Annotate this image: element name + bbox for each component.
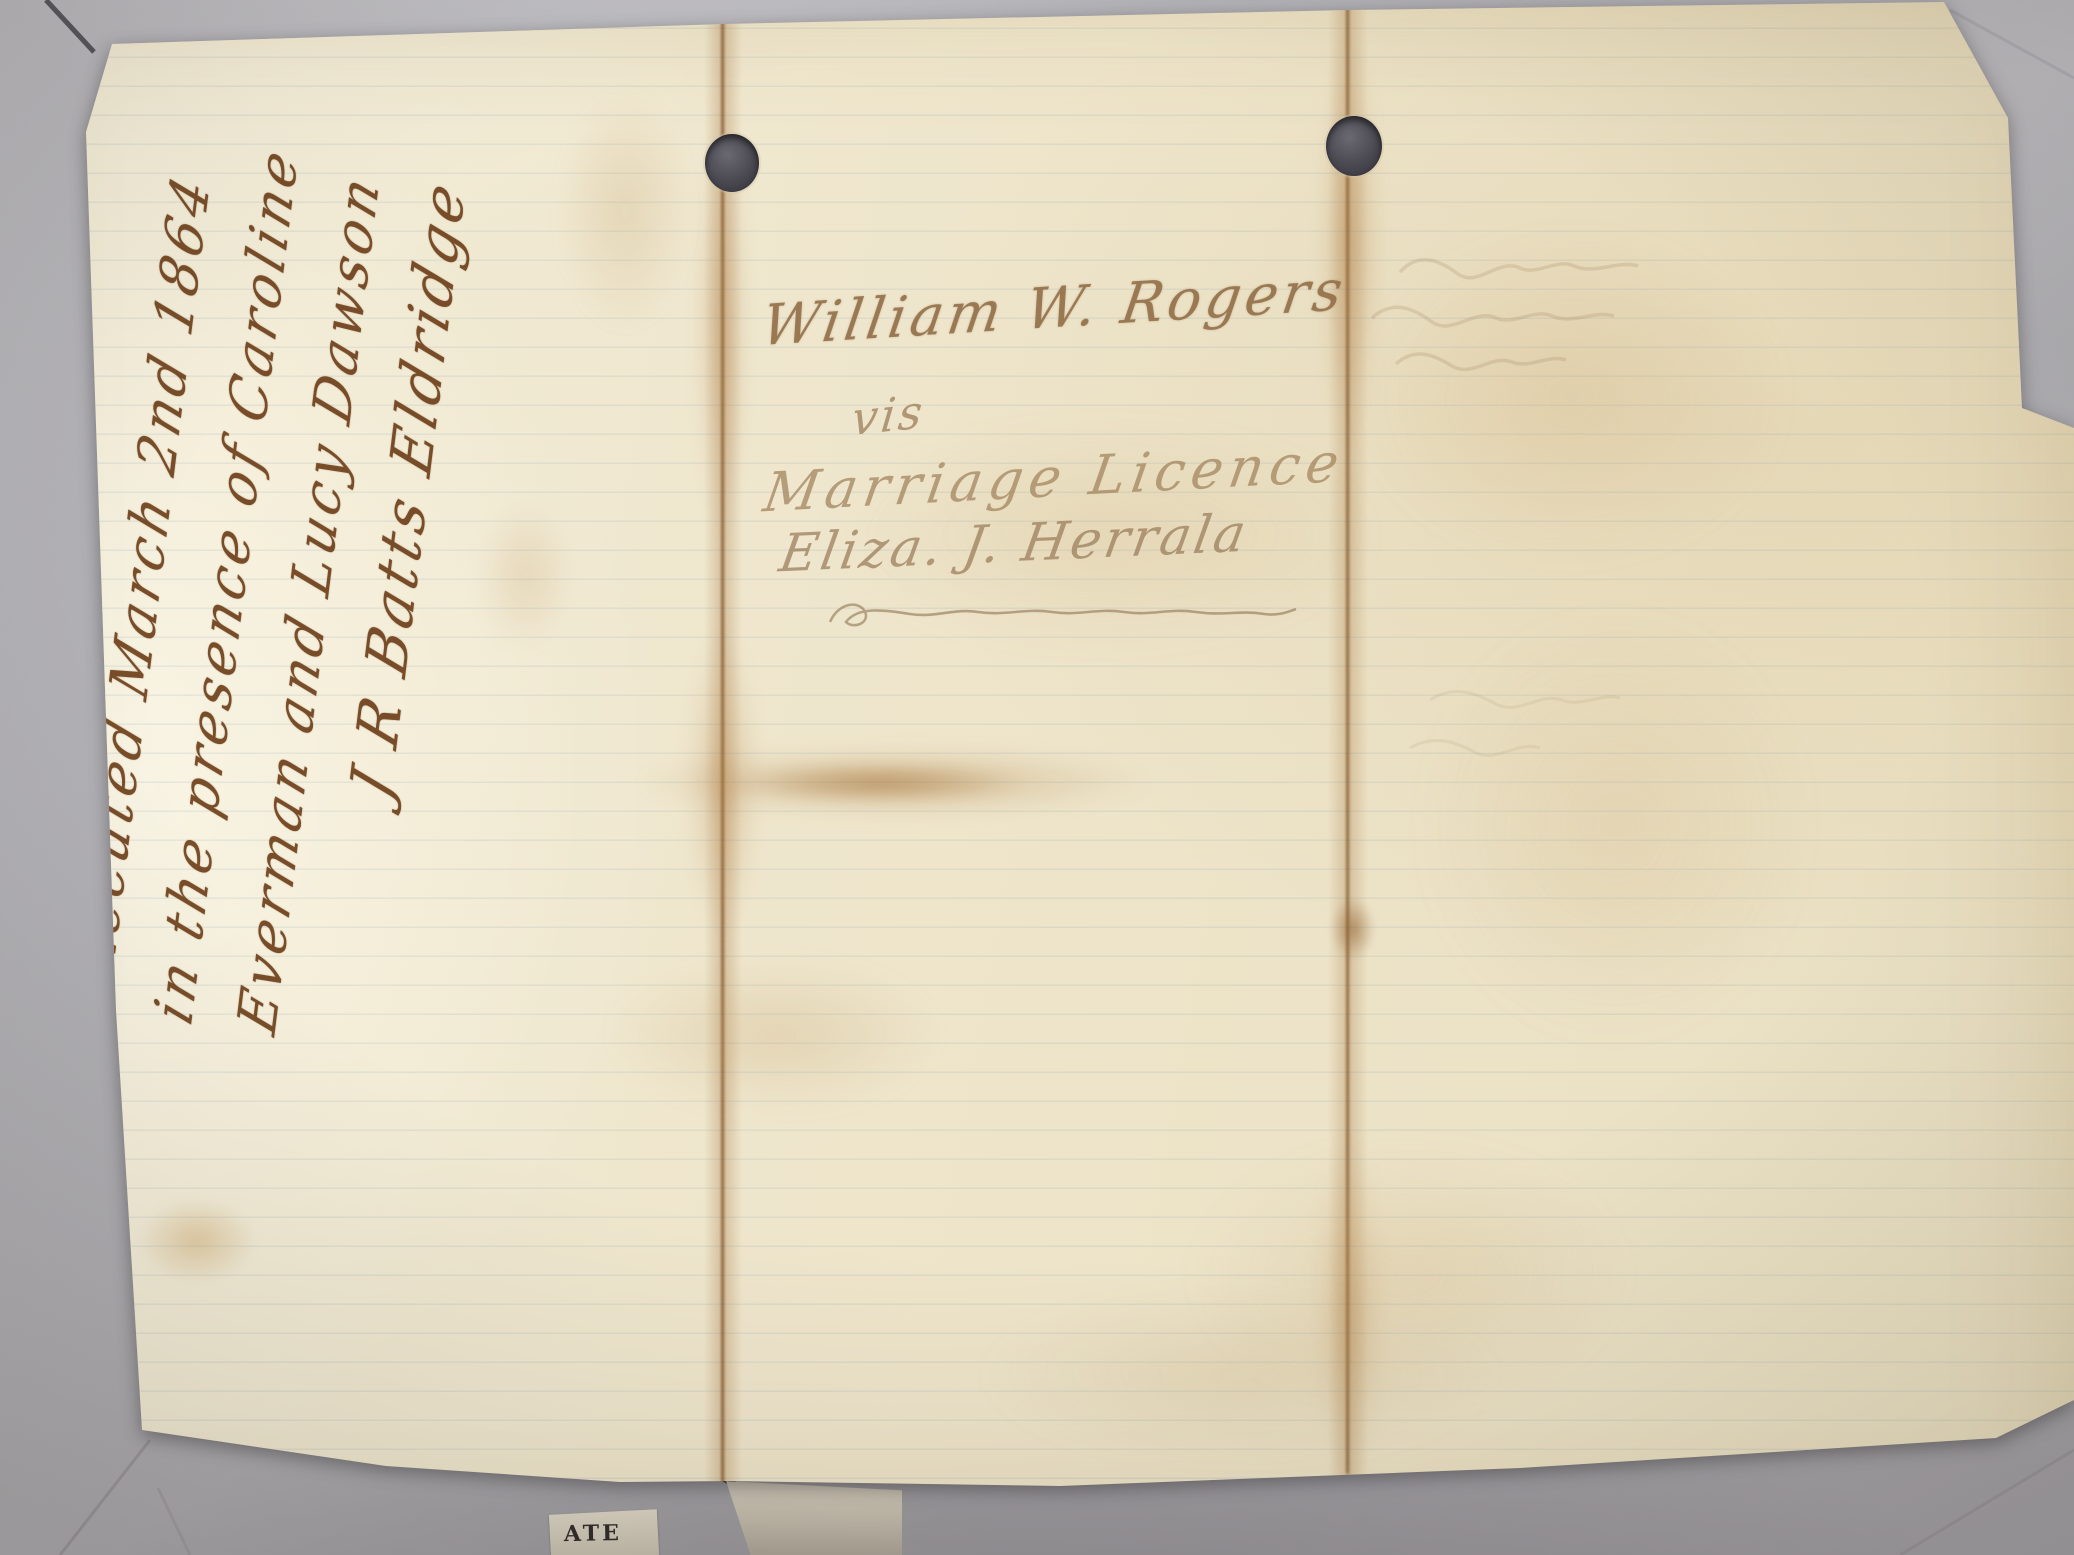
photo-of-document: ATE (0, 0, 2074, 1555)
docket-line-vis: vis (849, 384, 928, 445)
punch-hole-left (705, 134, 759, 192)
flourish-underline (826, 598, 1300, 638)
document-paper-wrap: William W. Rogers vis Marriage Licence E… (0, 0, 2074, 1555)
document-paper: William W. Rogers vis Marriage Licence E… (0, 0, 2074, 1555)
vis-text: vis (849, 384, 928, 447)
punch-hole-right (1326, 116, 1382, 176)
